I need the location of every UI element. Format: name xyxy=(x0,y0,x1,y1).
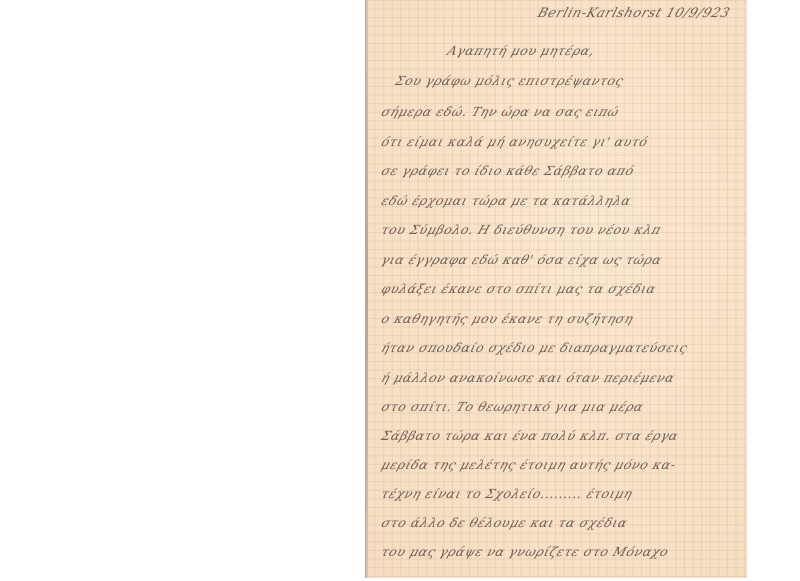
letter-line: του μας γράψε να γνωρίζετε στο Μόναχο xyxy=(380,544,671,559)
letter-line: στο σπίτι. Το θεωρητικό για μια μέρα xyxy=(380,399,646,414)
dateline: Berlin-Karlshorst 10/9/923 xyxy=(536,6,732,21)
letter-line: φυλάξει έκανε στο σπίτι μας τα σχέδια xyxy=(380,281,659,296)
letter-line: σε γράφει το ίδιο κάθε Σάββατο από xyxy=(380,163,637,178)
letter-line: του Σύμβολο. Η διεύθυνση του νέου κλπ xyxy=(380,222,664,237)
letter-line: για έγγραφα εδώ καθ' όσα είχα ως τώρα xyxy=(380,252,665,267)
letter-line: ήταν σπουδαίο σχέδιο με διαπραγματεύσεις xyxy=(380,340,690,355)
letter-line: ή μάλλον ανακοίνωσε και όταν περιέμενα xyxy=(380,370,677,385)
letter-line: Σου γράφω μόλις επιστρέψαντος xyxy=(394,73,626,88)
letter-line: σήμερα εδώ. Την ώρα να σας ειπώ xyxy=(380,104,622,119)
greeting: Αγαπητή μου μητέρα, xyxy=(446,43,598,58)
letter-line: τέχνη είναι το Σχολείο......... έτοιμη xyxy=(380,486,635,501)
letter-line: Σάββατο τώρα και ένα πολύ κλπ. στα έργα xyxy=(380,428,681,443)
letter-line: στο άλλο δε θέλουμε και τα σχέδια xyxy=(380,515,630,530)
letter-line: εδώ έρχομαι τώρα με τα κατάλληλα xyxy=(380,193,634,208)
letter-page: Berlin-Karlshorst 10/9/923 Αγαπητή μου μ… xyxy=(366,0,747,578)
letter-line: ότι είμαι καλά μή ανησυχείτε γι' αυτό xyxy=(380,134,651,149)
letter-line: ο καθηγητής μου έκανε τη συζήτηση xyxy=(380,311,636,326)
letter-line: μερίδα της μελέτης έτοιμη αυτής μόνο κα- xyxy=(380,457,679,472)
